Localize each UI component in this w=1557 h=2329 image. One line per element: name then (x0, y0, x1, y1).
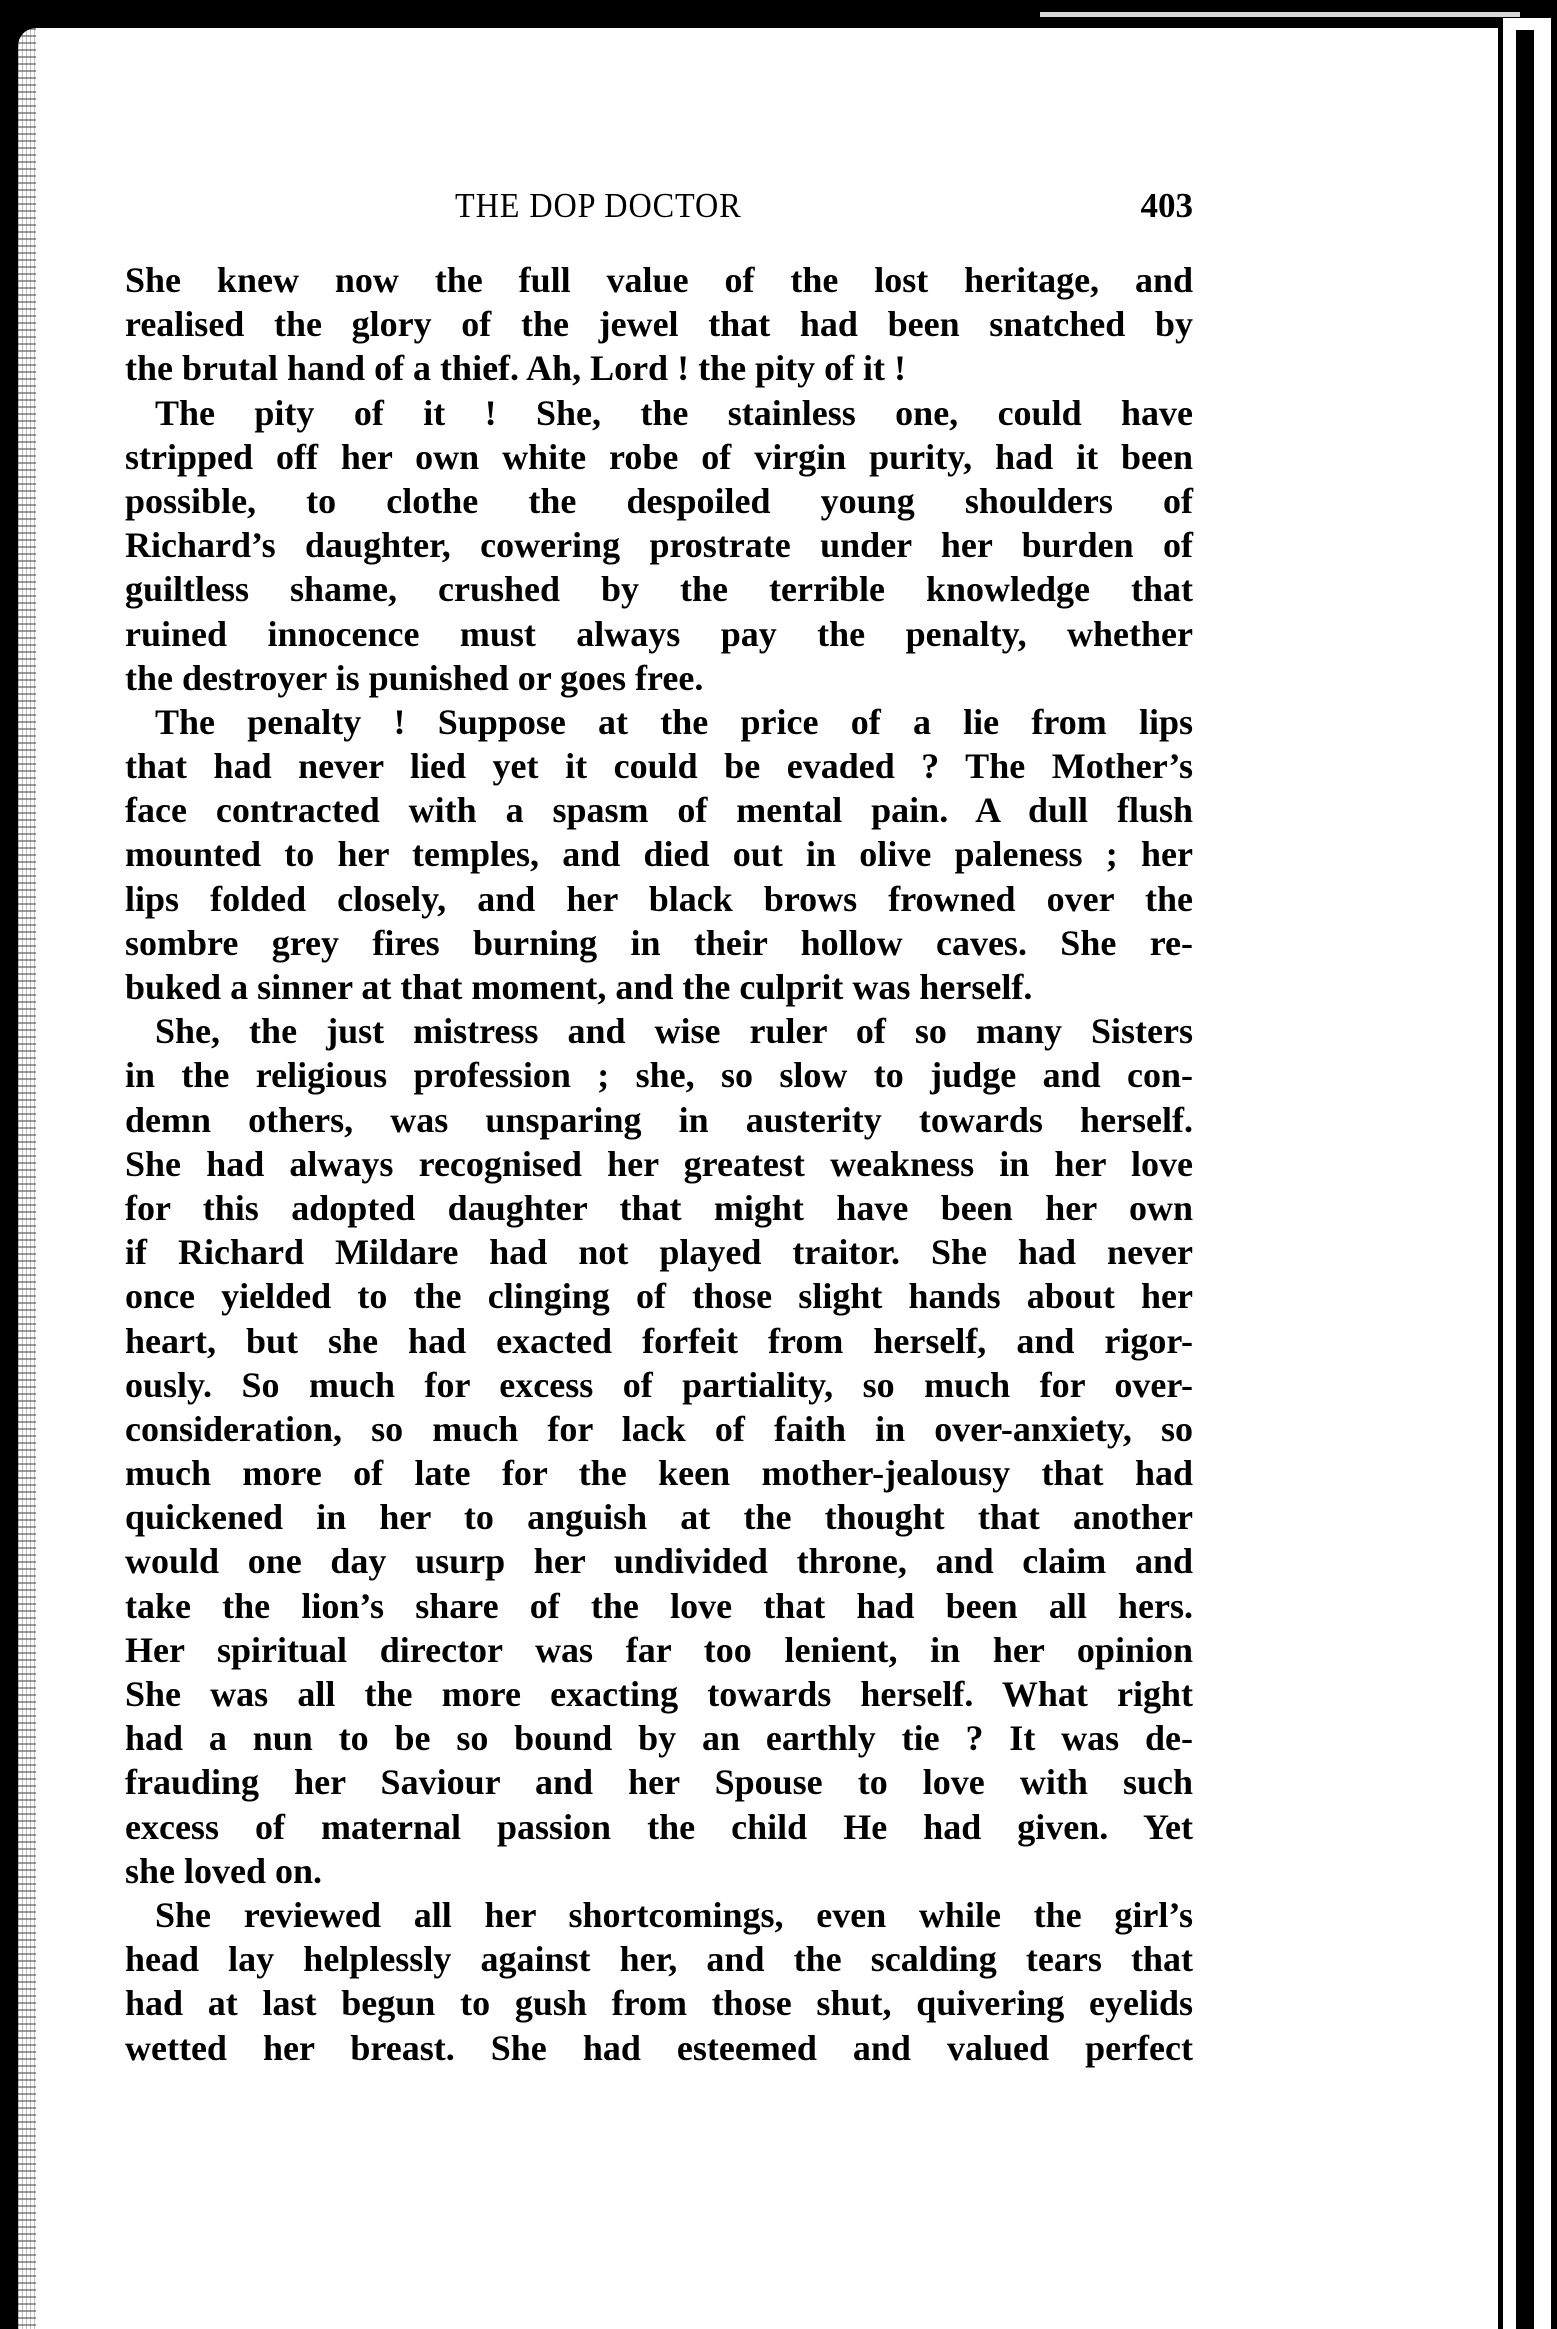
text-line: face contracted with a spasm of mental p… (125, 788, 1193, 832)
text-line: heart, but she had exacted forfeit from … (125, 1319, 1193, 1363)
running-title: THE DOP DOCTOR (455, 186, 742, 226)
binding-band (1516, 30, 1534, 2329)
text-line: take the lion’s share of the love that h… (125, 1584, 1193, 1628)
text-line: the brutal hand of a thief. Ah, Lord ! t… (125, 346, 1193, 390)
text-line: demn others, was unsparing in austerity … (125, 1098, 1193, 1142)
text-line: had a nun to be so bound by an earthly t… (125, 1716, 1193, 1760)
paragraph: She reviewed all her shortcomings, even … (125, 1893, 1193, 2070)
text-line: consideration, so much for lack of faith… (125, 1407, 1193, 1451)
text-line: the destroyer is punished or goes free. (125, 656, 1193, 700)
text-line: frauding her Saviour and her Spouse to l… (125, 1760, 1193, 1804)
text-line: The pity of it ! She, the stainless one,… (125, 391, 1193, 435)
text-line: ruined innocence must always pay the pen… (125, 612, 1193, 656)
text-line: she loved on. (125, 1849, 1193, 1893)
text-line: had at last begun to gush from those shu… (125, 1981, 1193, 2025)
text-line: The penalty ! Suppose at the price of a … (125, 700, 1193, 744)
text-line: She knew now the full value of the lost … (125, 258, 1193, 302)
text-line: She, the just mistress and wise ruler of… (125, 1009, 1193, 1053)
text-line: She reviewed all her shortcomings, even … (125, 1893, 1193, 1937)
text-line: for this adopted daughter that might hav… (125, 1186, 1193, 1230)
text-line: wetted her breast. She had esteemed and … (125, 2026, 1193, 2070)
text-line: She was all the more exacting towards he… (125, 1672, 1193, 1716)
page-number: 403 (1141, 186, 1194, 226)
body-text: She knew now the full value of the lost … (125, 258, 1193, 2070)
paragraph: The penalty ! Suppose at the price of a … (125, 700, 1193, 1009)
text-line: if Richard Mildare had not played traito… (125, 1230, 1193, 1274)
text-line: once yielded to the clinging of those sl… (125, 1274, 1193, 1318)
text-line: sombre grey fires burning in their hollo… (125, 921, 1193, 965)
text-line: head lay helplessly against her, and the… (125, 1937, 1193, 1981)
text-line: buked a sinner at that moment, and the c… (125, 965, 1193, 1009)
text-line: realised the glory of the jewel that had… (125, 302, 1193, 346)
text-line: Richard’s daughter, cowering prostrate u… (125, 523, 1193, 567)
paragraph: She, the just mistress and wise ruler of… (125, 1009, 1193, 1893)
page-top-edge (1040, 12, 1520, 17)
text-line: Her spiritual director was far too lenie… (125, 1628, 1193, 1672)
text-line: guiltless shame, crushed by the terrible… (125, 567, 1193, 611)
paragraph: She knew now the full value of the lost … (125, 258, 1193, 391)
text-line: mounted to her temples, and died out in … (125, 832, 1193, 876)
text-line: excess of maternal passion the child He … (125, 1805, 1193, 1849)
text-line: would one day usurp her undivided throne… (125, 1539, 1193, 1583)
text-line: quickened in her to anguish at the thoug… (125, 1495, 1193, 1539)
text-line: in the religious profession ; she, so sl… (125, 1053, 1193, 1097)
text-line: much more of late for the keen mother-je… (125, 1451, 1193, 1495)
paragraph: The pity of it ! She, the stainless one,… (125, 391, 1193, 700)
page-left-edge-shadow (14, 28, 36, 2329)
text-line: lips folded closely, and her black brows… (125, 877, 1193, 921)
text-line: She had always recognised her greatest w… (125, 1142, 1193, 1186)
text-line: ously. So much for excess of partiality,… (125, 1363, 1193, 1407)
text-line: that had never lied yet it could be evad… (125, 744, 1193, 788)
binding-dotted-line (1498, 40, 1501, 2320)
page-header: THE DOP DOCTOR 403 (125, 186, 1193, 236)
scanned-page-background: THE DOP DOCTOR 403 She knew now the full… (0, 0, 1557, 2329)
text-line: stripped off her own white robe of virgi… (125, 435, 1193, 479)
text-line: possible, to clothe the despoiled young … (125, 479, 1193, 523)
